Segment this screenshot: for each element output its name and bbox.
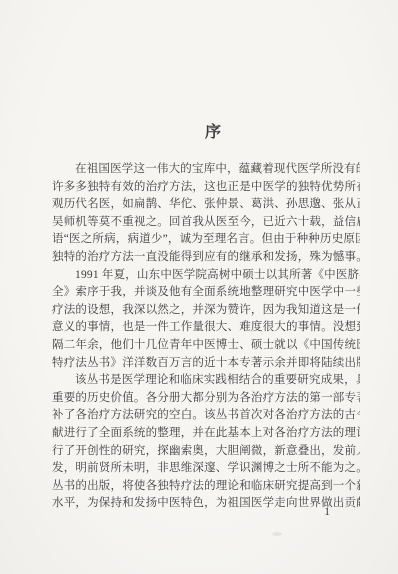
- text-line: 水平，为保持和发扬中医特色，为祖国医学走向世界做出贡献。: [52, 495, 360, 513]
- text-line: 重要的历史价值。各分册大都分别为各治疗方法的第一部专著，填: [52, 390, 360, 408]
- scanned-book-page: 序 在祖国医学这一伟大的宝库中，蕴藏着现代医学所没有的许 许多多独特有效的治疗方…: [0, 0, 398, 574]
- page-title: 序: [15, 119, 398, 142]
- text-line: 发，明前贤所未明，非思维深邃、学识渊博之士所不能为之。相信该: [52, 460, 360, 478]
- text-line: 献进行了全面系统的整理，并在此基本上对各治疗方法的理论进: [52, 425, 360, 443]
- text-line: 观历代名医，如扁鹊、华佗、张仲景、葛洪、孙思邈、张从正、李时珍、: [52, 196, 360, 214]
- text-line: 在祖国医学这一伟大的宝库中，蕴藏着现代医学所没有的许: [52, 161, 360, 179]
- text-line: 特疗法丛书》洋洋数百万言的近十本专著示余并即将陆续出版了。: [52, 355, 360, 373]
- text-line: 吴师机等莫不重视之。回首我从医至今，已近六十载，益信扁鹊所: [52, 214, 360, 232]
- text-line: 语“医之所病，病道少”，诚为至理名言。但由于种种历史原因，这些: [52, 231, 360, 249]
- page-number: 1: [324, 506, 330, 518]
- text-line: 隔二年余，他们十几位青年中医博士、硕士就以《中国传统医学独: [52, 337, 360, 355]
- text-line: 意义的事情，也是一件工作量很大、难度很大的事情。没想到仅时: [52, 319, 360, 337]
- scan-artifact: [272, 532, 282, 536]
- text-line: 全》索序于我，并谈及他有全面系统地整理研究中医学中一些独特: [52, 284, 360, 302]
- text-line: 许多多独特有效的治疗方法，这也正是中医学的独特优势所在。纵: [52, 179, 360, 197]
- text-line: 补了各治疗方法研究的空白。该丛书首次对各治疗方法的古今文: [52, 407, 360, 425]
- text-line: 丛书的出版，将使各独特疗法的理论和临床研究提高到一个新的: [52, 478, 360, 496]
- text-line: 该丛书是医学理论和临床实践相结合的重要研究成果，具有: [52, 372, 360, 390]
- preface-body: 在祖国医学这一伟大的宝库中，蕴藏着现代医学所没有的许 许多多独特有效的治疗方法，…: [52, 161, 360, 513]
- text-line: 行了开创性的研究，探幽索奥，大胆阐微，新意叠出，发前人所未: [52, 443, 360, 461]
- text-line: 疗法的设想，我深以然之，并深为赞许，因为我知道这是一件很有: [52, 302, 360, 320]
- text-line: 独特的治疗方法一直没能得到应有的继承和发扬，殊为憾事。: [52, 249, 360, 267]
- text-line: 1991 年夏，山东中医学院高树中硕士以其所著《中医脐疗大: [52, 267, 360, 285]
